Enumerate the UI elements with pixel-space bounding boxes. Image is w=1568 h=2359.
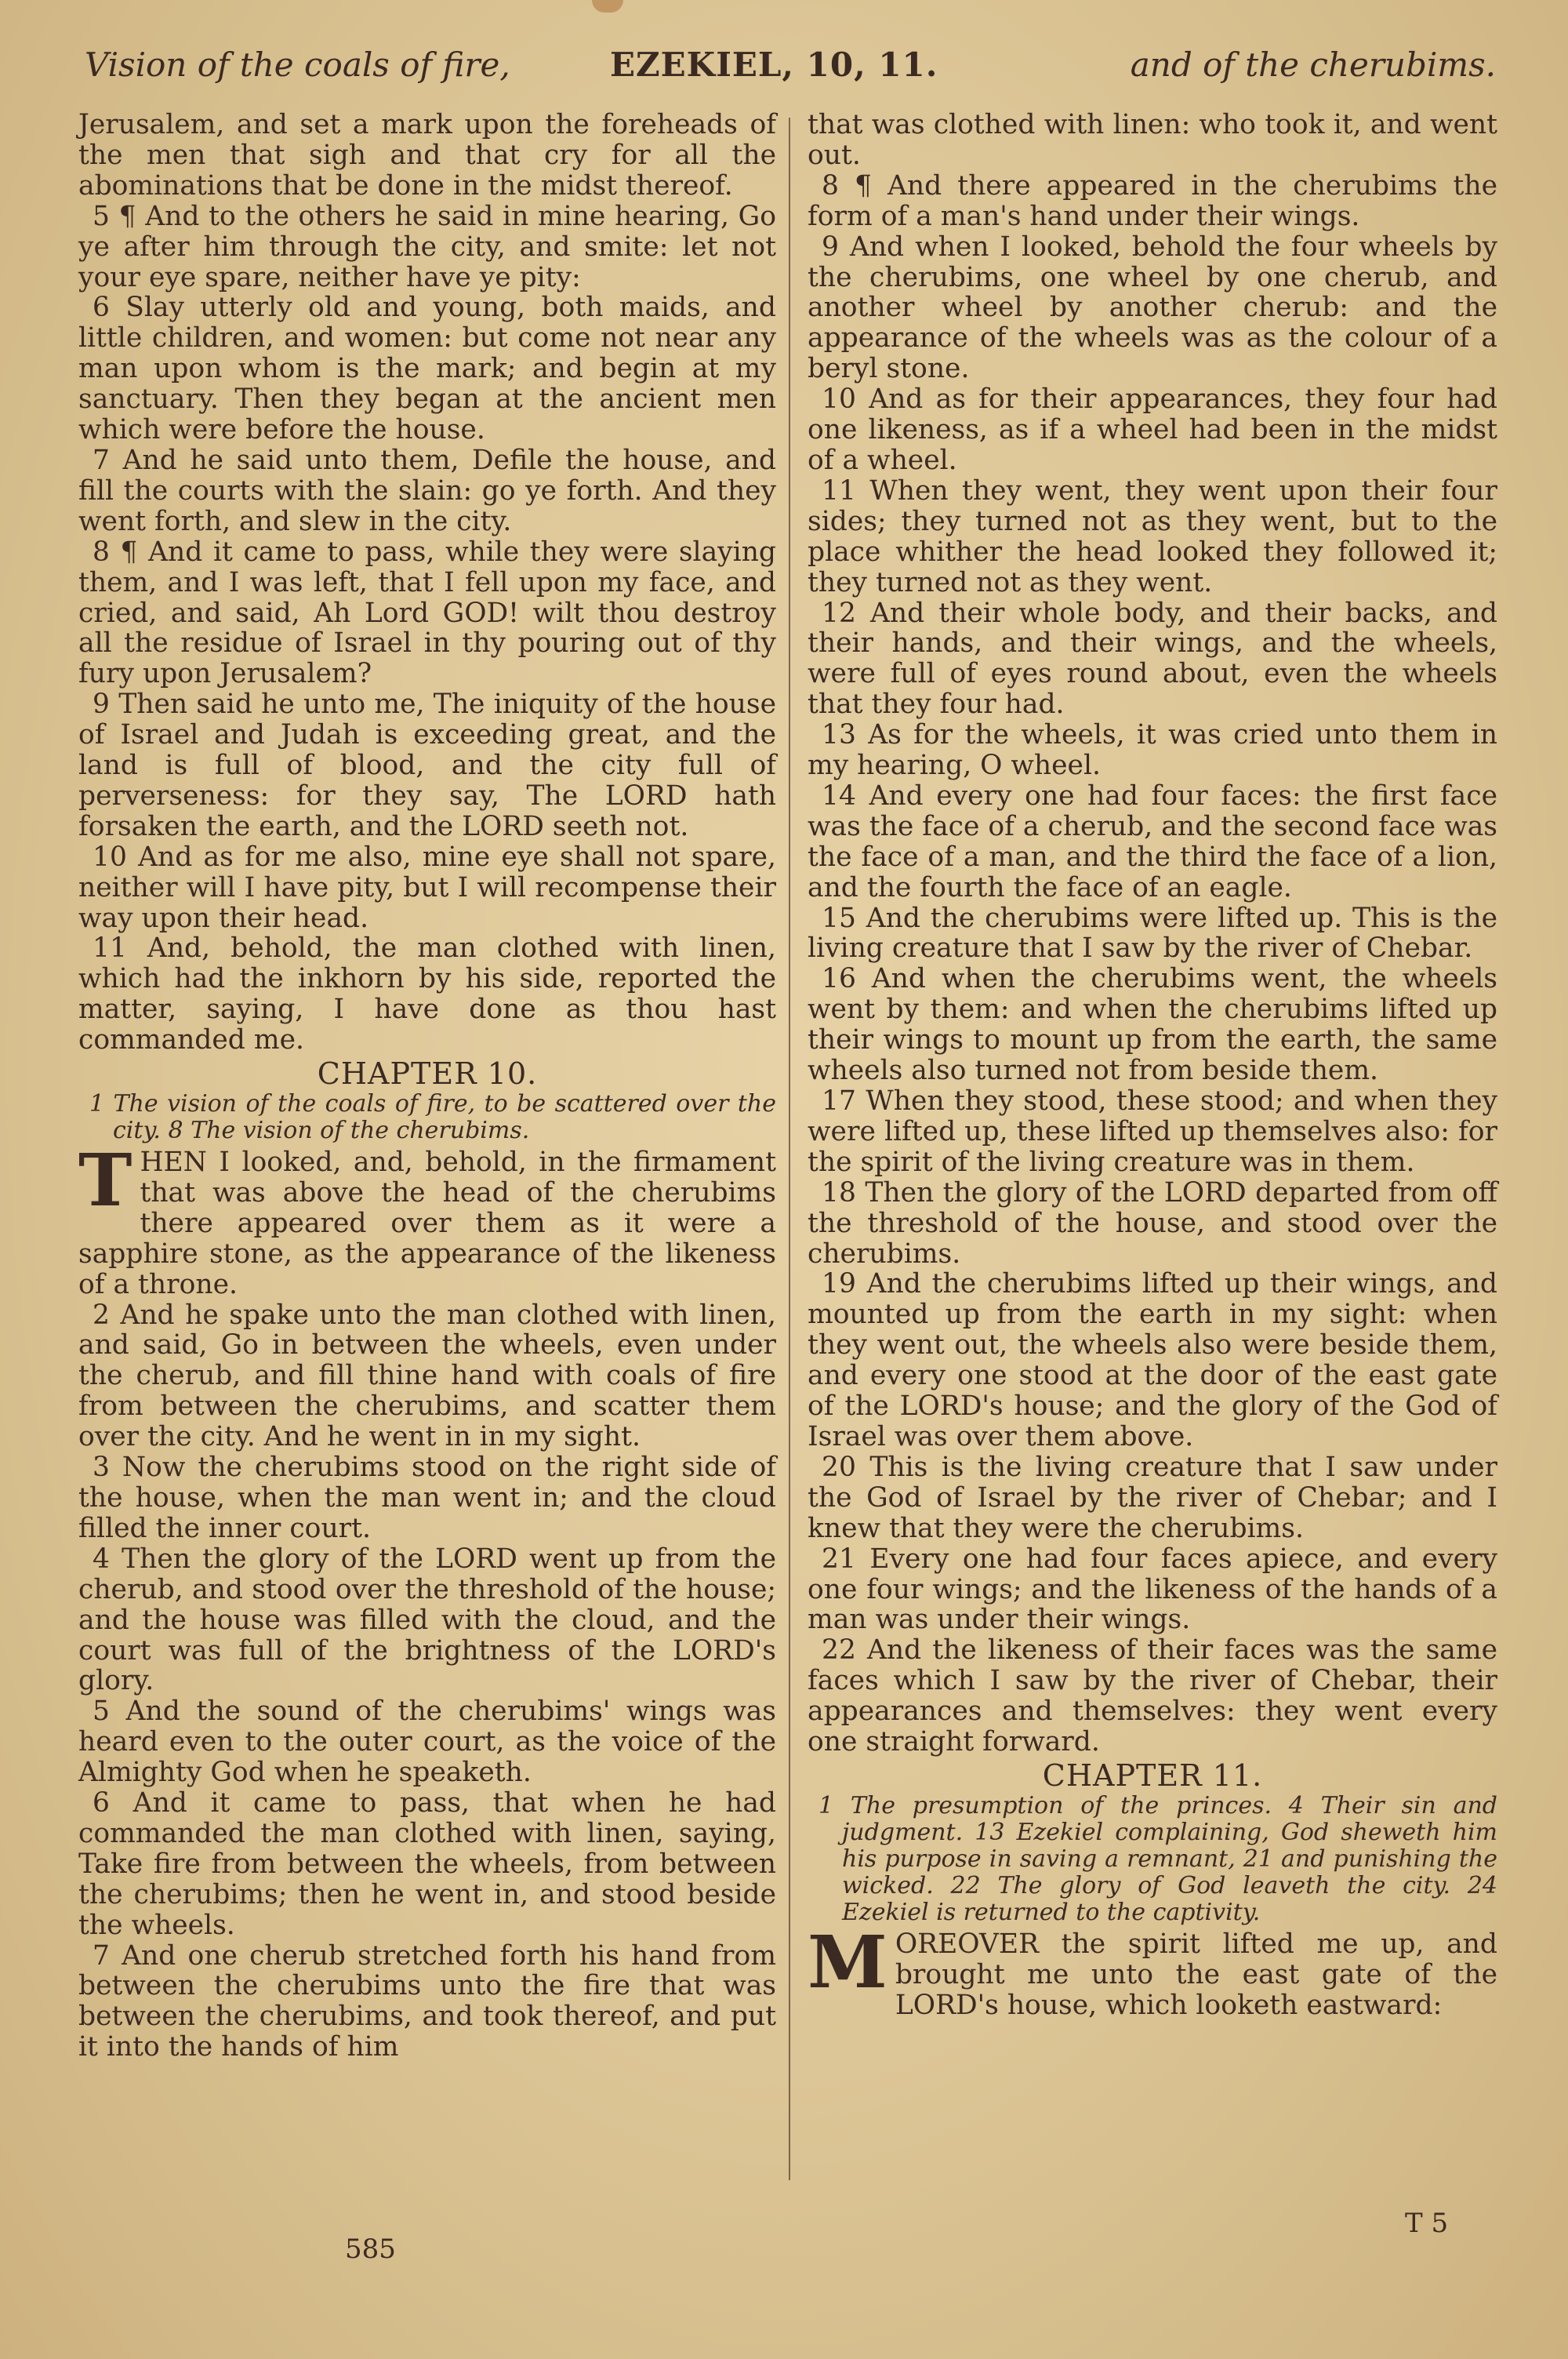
header-right: and of the cherubims. — [1131, 45, 1496, 84]
verse: 16 And when the cherubims went, the whee… — [808, 964, 1497, 1086]
running-header: Vision of the coals of fire, EZEKIEL, 10… — [85, 45, 1496, 93]
verse: 6 And it came to pass, that when he had … — [78, 1788, 776, 1941]
verse: 3 Now the cherubims stood on the right s… — [78, 1452, 776, 1544]
verse: 8 ¶ And it came to pass, while they were… — [78, 537, 776, 690]
right-column: that was clothed with linen: who took it… — [808, 110, 1497, 2021]
verse: 10 And as for me also, mine eye shall no… — [78, 842, 776, 934]
verse: 18 Then the glory of the LORD departed f… — [808, 1178, 1497, 1270]
verse: 11 And, behold, the man clothed with lin… — [78, 933, 776, 1056]
verse: 11 When they went, they went upon their … — [808, 476, 1497, 598]
drop-cap: T — [78, 1150, 132, 1210]
chapter-heading: CHAPTER 10. — [78, 1059, 776, 1089]
verse: 10 And as for their appearances, they fo… — [808, 384, 1497, 476]
verse: 5 ¶ And to the others he said in mine he… — [78, 202, 776, 293]
printer-signature: T 5 — [1405, 2208, 1448, 2239]
verse: 20 This is the living creature that I sa… — [808, 1452, 1497, 1544]
verse: 17 When they stood, these stood; and whe… — [808, 1086, 1497, 1178]
verse: 21 Every one had four faces apiece, and … — [808, 1544, 1497, 1636]
verse: 9 Then said he unto me, The iniquity of … — [78, 689, 776, 842]
verse: 9 And when I looked, behold the four whe… — [808, 232, 1497, 385]
continuation-text: Jerusalem, and set a mark upon the foreh… — [78, 110, 776, 202]
verse: 5 And the sound of the cherubims' wings … — [78, 1696, 776, 1788]
chapter-summary: 1 The presumption of the princes. 4 Thei… — [808, 1793, 1497, 1926]
verse: 22 And the likeness of their faces was t… — [808, 1635, 1497, 1757]
verse: 2 And he spake unto the man clothed with… — [78, 1300, 776, 1453]
verse: 19 And the cherubims lifted up their win… — [808, 1269, 1497, 1452]
verse: 8 ¶ And there appeared in the cherubims … — [808, 171, 1497, 232]
page-number: 585 — [345, 2234, 396, 2265]
column-divider — [789, 118, 790, 2180]
chapter-summary: 1 The vision of the coals of fire, to be… — [78, 1091, 776, 1144]
verse: 15 And the cherubims were lifted up. Thi… — [808, 903, 1497, 965]
header-left: Vision of the coals of fire, — [85, 45, 510, 84]
header-book-title: EZEKIEL, 10, 11. — [610, 45, 938, 84]
chapter-opening: T HEN I looked, and, behold, in the firm… — [78, 1147, 776, 1300]
verse: 6 Slay utterly old and young, both maids… — [78, 293, 776, 445]
verse-1-text: HEN I looked, and, behold, in the firmam… — [78, 1147, 776, 1300]
verse-1-text: OREOVER the spirit lifted me up, and bro… — [895, 1928, 1497, 2021]
continuation-text: that was clothed with linen: who took it… — [808, 110, 1497, 171]
verse: 4 Then the glory of the LORD went up fro… — [78, 1544, 776, 1697]
verse: 12 And their whole body, and their backs… — [808, 598, 1497, 721]
verse: 7 And he said unto them, Defile the hous… — [78, 445, 776, 537]
chapter-opening: M OREOVER the spirit lifted me up, and b… — [808, 1929, 1497, 2021]
left-column: Jerusalem, and set a mark upon the foreh… — [78, 110, 776, 2063]
verse: 7 And one cherub stretched forth his han… — [78, 1941, 776, 2063]
chapter-heading: CHAPTER 11. — [808, 1761, 1497, 1791]
verse: 13 As for the wheels, it was cried unto … — [808, 720, 1497, 781]
drop-cap: M — [808, 1932, 887, 1992]
paper-stain — [592, 0, 623, 13]
verse: 14 And every one had four faces: the fir… — [808, 781, 1497, 903]
